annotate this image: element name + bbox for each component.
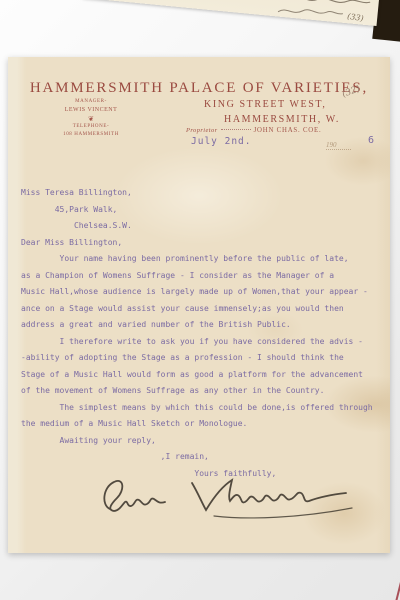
typed-letter-body: Miss Teresa Billington, 45,Park Walk, Ch…	[21, 185, 387, 482]
telephone-label: TELEPHONE-	[46, 123, 136, 131]
typed-date: July 2nd.	[191, 136, 251, 147]
body-line: the medium of a Music Hall Sketch or Mon…	[21, 416, 387, 433]
body-line: Your name having been prominently before…	[21, 251, 387, 268]
dotted-leaders	[221, 129, 251, 130]
body-line: Stage of a Music Hall would form as good…	[21, 367, 387, 384]
sign-off-line: ,I remain,	[21, 449, 387, 466]
body-line: as a Champion of Womens Suffrage - I con…	[21, 268, 387, 285]
proprietor-label: Proprietor	[186, 127, 218, 134]
recipient-line: Miss Teresa Billington,	[21, 185, 387, 202]
fleuron-ornament-icon: ❦	[46, 115, 136, 123]
letterhead-manager-block: MANAGER- LEWIS VINCENT ❦ TELEPHONE- 108 …	[46, 98, 136, 139]
overlapping-letter-sheet: (33)	[83, 0, 382, 26]
body-line: Music Hall,whose audience is largely mad…	[21, 284, 387, 301]
body-line: The simplest means by which this could b…	[21, 400, 387, 417]
printed-year-prefix: 190	[326, 141, 351, 150]
letterhead-title: HAMMERSMITH PALACE OF VARIETIES,	[8, 80, 390, 97]
body-line: of the movement of Womens Suffrage as an…	[21, 383, 387, 400]
body-line: address a great and varied number of the…	[21, 317, 387, 334]
signature-lewis-vincent	[96, 473, 364, 523]
scan-viewport: (33) HAMMERSMITH PALACE OF VARIETIES, MA…	[0, 0, 400, 600]
letterhead-address-line1: KING STREET WEST,	[204, 99, 326, 110]
recipient-line: 45,Park Walk,	[21, 202, 387, 219]
written-year-digit: 6	[368, 135, 374, 146]
red-ribbon-edge	[394, 558, 400, 600]
letter-page: HAMMERSMITH PALACE OF VARIETIES, MANAGER…	[8, 57, 390, 553]
letterhead-address-line2: HAMMERSMITH, W.	[224, 114, 340, 125]
salutation-line: Dear Miss Billington,	[21, 235, 387, 252]
body-line: ance on a Stage would assist your cause …	[21, 301, 387, 318]
telephone-number: 108 HAMMERSMITH	[46, 131, 136, 139]
sign-off-line: Awaiting your reply,	[21, 433, 387, 450]
manager-label: MANAGER-	[46, 98, 136, 106]
recipient-line: Chelsea.S.W.	[21, 218, 387, 235]
handwriting-scrawl	[83, 0, 382, 26]
proprietor-row: ProprietorJOHN CHAS. COE.	[186, 127, 321, 134]
manager-name: LEWIS VINCENT	[46, 106, 136, 115]
body-line: -ability of adopting the Stage as a prof…	[21, 350, 387, 367]
body-line: I therefore write to ask you if you have…	[21, 334, 387, 351]
proprietor-name: JOHN CHAS. COE.	[254, 127, 322, 134]
